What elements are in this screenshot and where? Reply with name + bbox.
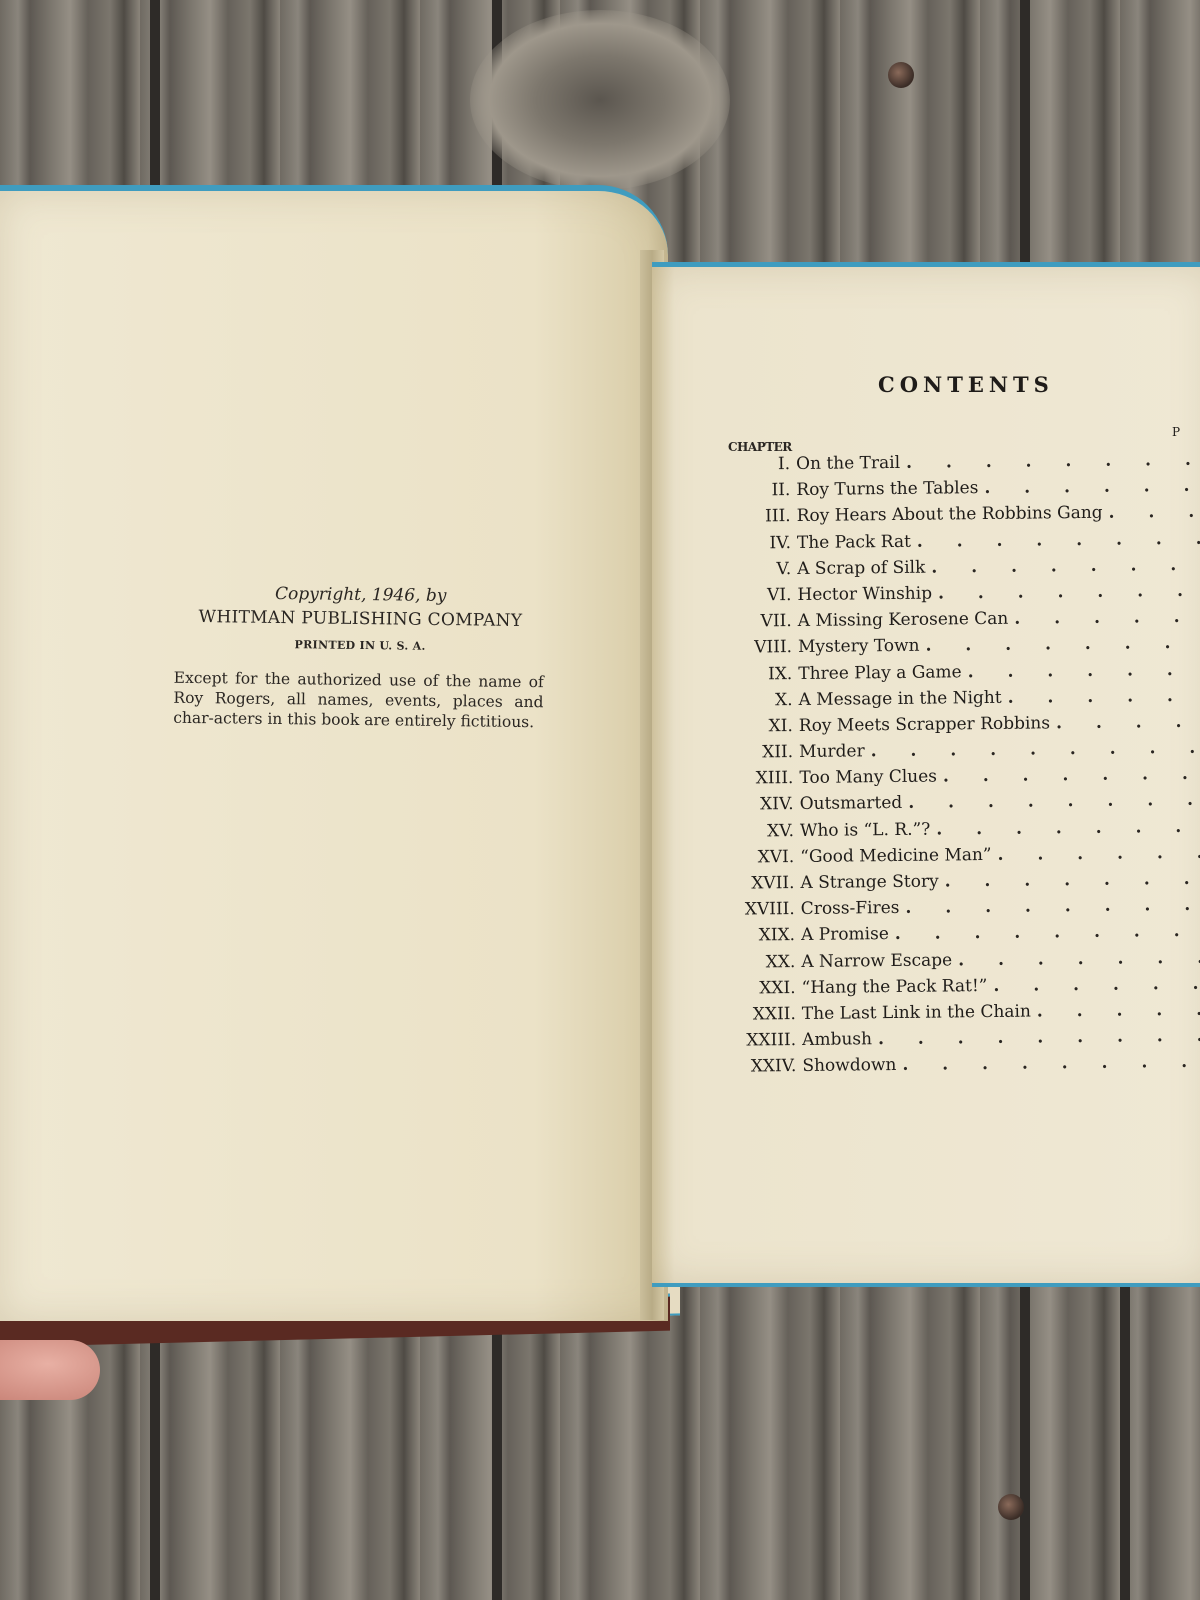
chapter-number: VIII. — [702, 637, 798, 658]
dot-leader: . . . . . . . . . . . . . . . . . . . . … — [905, 895, 1200, 918]
dot-leader: . . . . . . . . . . . . . . . . . . . . … — [984, 476, 1200, 498]
chapter-title: On the Trail — [796, 453, 900, 474]
chapter-number: IX. — [702, 663, 798, 684]
chapter-number: XVII. — [704, 873, 800, 894]
chapter-number: XIX. — [705, 925, 801, 946]
chapter-title: A Promise — [801, 924, 889, 945]
chapter-number: XXII. — [706, 1004, 802, 1025]
dot-leader: . . . . . . . . . . . . . . . . . . . . … — [958, 947, 1200, 970]
chapter-number: XIV. — [704, 794, 800, 815]
chapter-number: XVIII. — [705, 899, 801, 920]
dot-leader: . . . . . . . . . . . . . . . . . . . . … — [936, 816, 1200, 839]
nail-head — [998, 1494, 1024, 1520]
chapter-title: Ambush — [802, 1029, 872, 1050]
chapter-title: Roy Turns the Tables — [796, 478, 978, 500]
fiction-disclaimer: Except for the authorized use of the nam… — [169, 668, 550, 733]
table-of-contents: I.On the Trail. . . . . . . . . . . . . … — [700, 450, 1200, 1084]
dot-leader: . . . . . . . . . . . . . . . . . . . . … — [931, 554, 1200, 577]
chapter-title: A Missing Kerosene Can — [798, 609, 1009, 631]
chapter-title: “Hang the Pack Rat!” — [801, 976, 987, 998]
dot-leader: . . . . . . . . . . . . . . . . . . . . … — [968, 659, 1200, 682]
chapter-number: XII. — [703, 742, 799, 763]
chapter-number: XX. — [705, 952, 801, 973]
chapter-number: VI. — [701, 585, 797, 606]
dot-leader: . . . . . . . . . . . . . . . . . . . . … — [895, 921, 1200, 944]
contents-title: CONTENTS — [878, 372, 1054, 397]
dot-leader: . . . . . . . . . . . . . . . . . . . . … — [906, 450, 1200, 473]
chapter-title: A Message in the Night — [798, 688, 1001, 710]
chapter-title: “Good Medicine Man” — [800, 845, 992, 867]
dot-leader: . . . . . . . . . . . . . . . . . . . . … — [1008, 685, 1200, 707]
chapter-title: Mystery Town — [798, 636, 920, 657]
chapter-number: XVI. — [704, 847, 800, 868]
chapter-number: XXI. — [705, 978, 801, 999]
chapter-title: Roy Hears About the Robbins Gang — [797, 503, 1103, 526]
chapter-title: Murder — [799, 741, 865, 762]
chapter-number: XV. — [704, 821, 800, 842]
dot-leader: . . . . . . . . . . . . . . . . . . . . … — [938, 580, 1200, 603]
chapter-title: Hector Winship — [797, 584, 932, 605]
dot-leader: . . . . . . . . . . . . . . . . . . . . … — [1056, 711, 1200, 733]
dot-leader: . . . . . . . . . . . . . . . . . . . . … — [902, 1052, 1200, 1075]
page-column-label: P — [1172, 425, 1180, 439]
chapter-title: A Strange Story — [800, 872, 938, 893]
dot-leader: . . . . . . . . . . . . . . . . . . . . … — [943, 764, 1200, 787]
chapter-number: I. — [700, 454, 796, 475]
copyright-block: Copyright, 1946, by WHITMAN PUBLISHING C… — [169, 583, 551, 733]
chapter-title: A Scrap of Silk — [797, 557, 925, 578]
dot-leader: . . . . . . . . . . . . . . . . . . . . … — [1037, 999, 1200, 1021]
chapter-number: VII. — [702, 611, 798, 632]
dot-leader: . . . . . . . . . . . . . . . . . . . . … — [945, 869, 1200, 892]
dot-leader: . . . . . . . . . . . . . . . . . . . . … — [908, 790, 1200, 813]
chapter-title: A Narrow Escape — [801, 950, 952, 972]
dot-leader: . . . . . . . . . . . . . . . . . . . . … — [917, 528, 1200, 551]
chapter-title: The Last Link in the Chain — [802, 1002, 1031, 1024]
chapter-number: V. — [701, 559, 797, 580]
chapter-number: XXIV. — [706, 1056, 802, 1077]
copyright-line: Copyright, 1946, by — [171, 583, 551, 608]
chapter-title: Too Many Clues — [799, 767, 937, 788]
chapter-title: The Pack Rat — [797, 531, 911, 552]
chapter-number: XXIII. — [706, 1030, 802, 1051]
dot-leader: . . . . . . . . . . . . . . . . . . . . … — [871, 738, 1200, 762]
chapter-number: XI. — [703, 716, 799, 737]
chapter-number: XIII. — [703, 768, 799, 789]
chapter-column-label: CHAPTER — [728, 440, 792, 454]
dot-leader: . . . . . . . . . . . . . . . . . . . . … — [1109, 502, 1200, 523]
chapter-title: Cross-Fires — [801, 898, 900, 919]
chapter-title: Showdown — [802, 1055, 896, 1076]
dot-leader: . . . . . . . . . . . . . . . . . . . . … — [993, 973, 1200, 995]
chapter-number: IV. — [701, 533, 797, 554]
dot-leader: . . . . . . . . . . . . . . . . . . . . … — [878, 1026, 1200, 1050]
board-gap — [1120, 1280, 1130, 1600]
chapter-title: Who is “L. R.”? — [800, 819, 931, 840]
chapter-title: Three Play a Game — [798, 662, 962, 684]
nail-head — [888, 62, 914, 88]
publisher-name: WHITMAN PUBLISHING COMPANY — [170, 607, 550, 632]
chapter-number: II. — [700, 480, 796, 501]
chapter-number: X. — [702, 690, 798, 711]
wood-knot — [470, 10, 730, 190]
printed-in-line: PRINTED IN U. S. A. — [170, 637, 550, 655]
thumb — [0, 1340, 100, 1400]
toc-entry: XXIV.Showdown. . . . . . . . . . . . . .… — [706, 1052, 1200, 1084]
left-page — [0, 185, 668, 1321]
dot-leader: . . . . . . . . . . . . . . . . . . . . … — [1014, 607, 1200, 629]
dot-leader: . . . . . . . . . . . . . . . . . . . . … — [925, 633, 1200, 656]
chapter-number: III. — [701, 506, 797, 527]
dot-leader: . . . . . . . . . . . . . . . . . . . . … — [997, 842, 1200, 864]
chapter-title: Roy Meets Scrapper Robbins — [799, 713, 1050, 736]
chapter-title: Outsmarted — [800, 793, 903, 814]
